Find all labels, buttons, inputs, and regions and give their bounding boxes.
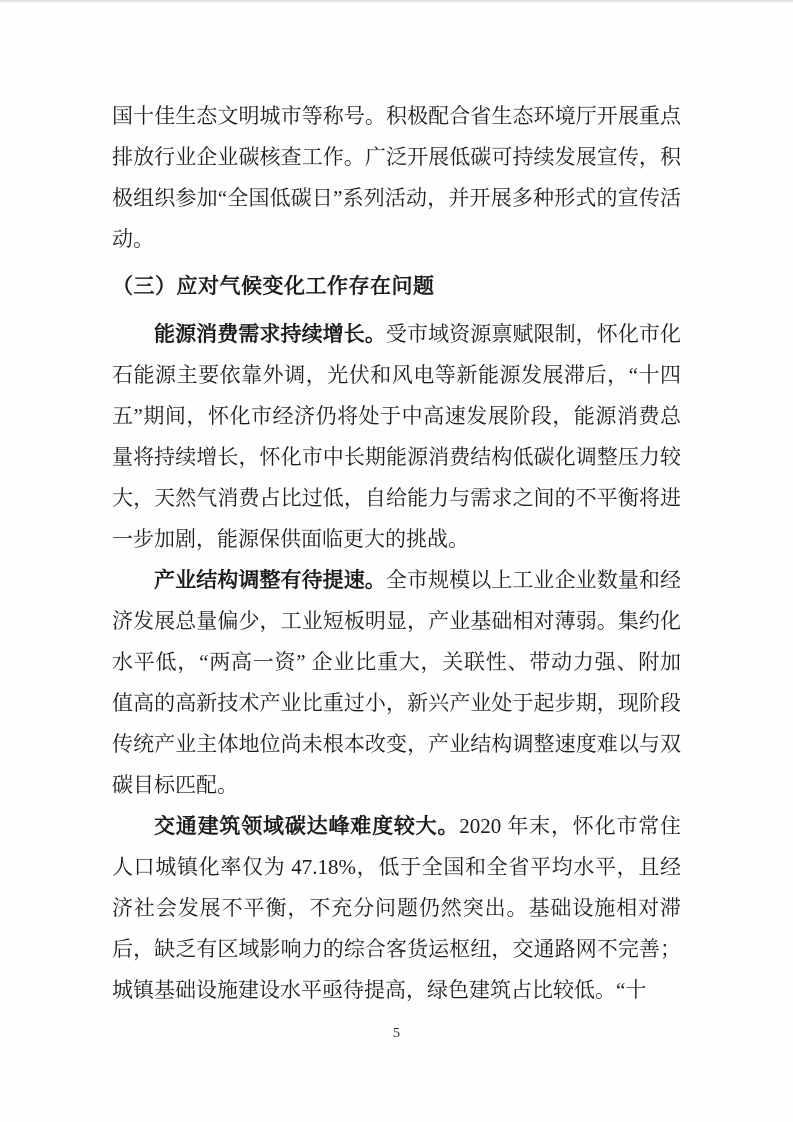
paragraph: 能源消费需求持续增长。受市域资源禀赋限制，怀化市化石能源主要依靠外调，光伏和风电… bbox=[112, 314, 681, 560]
paragraph-body: 全市规模以上工业企业数量和经济发展总量偏少，工业短板明显，产业基础相对薄弱。集约… bbox=[112, 568, 681, 797]
paragraph-body: 2020 年末，怀化市常住人口城镇化率仅为 47.18%，低于全国和全省平均水平… bbox=[112, 814, 681, 1002]
paragraph-body: 受市域资源禀赋限制，怀化市化石能源主要依靠外调，光伏和风电等新能源发展滞后，“十… bbox=[112, 322, 681, 551]
document-text-block: 国十佳生态文明城市等称号。积极配合省生态环境厅开展重点排放行业企业碳核查工作。广… bbox=[112, 96, 681, 1011]
paragraph-lead: 产业结构调整有待提速。 bbox=[154, 568, 386, 592]
paragraph-continuation: 国十佳生态文明城市等称号。积极配合省生态环境厅开展重点排放行业企业碳核查工作。广… bbox=[112, 96, 681, 260]
section-heading: （三）应对气候变化工作存在问题 bbox=[112, 266, 681, 307]
page-number: 5 bbox=[0, 1024, 793, 1044]
paragraph-lead: 交通建筑领域碳达峰难度较大。 bbox=[154, 814, 459, 838]
page-top-edge bbox=[0, 0, 793, 3]
document-page: 国十佳生态文明城市等称号。积极配合省生态环境厅开展重点排放行业企业碳核查工作。广… bbox=[0, 0, 793, 1122]
paragraph-lead: 能源消费需求持续增长。 bbox=[154, 322, 386, 346]
paragraph: 交通建筑领域碳达峰难度较大。2020 年末，怀化市常住人口城镇化率仅为 47.1… bbox=[112, 806, 681, 1011]
paragraph: 产业结构调整有待提速。全市规模以上工业企业数量和经济发展总量偏少，工业短板明显，… bbox=[112, 560, 681, 806]
